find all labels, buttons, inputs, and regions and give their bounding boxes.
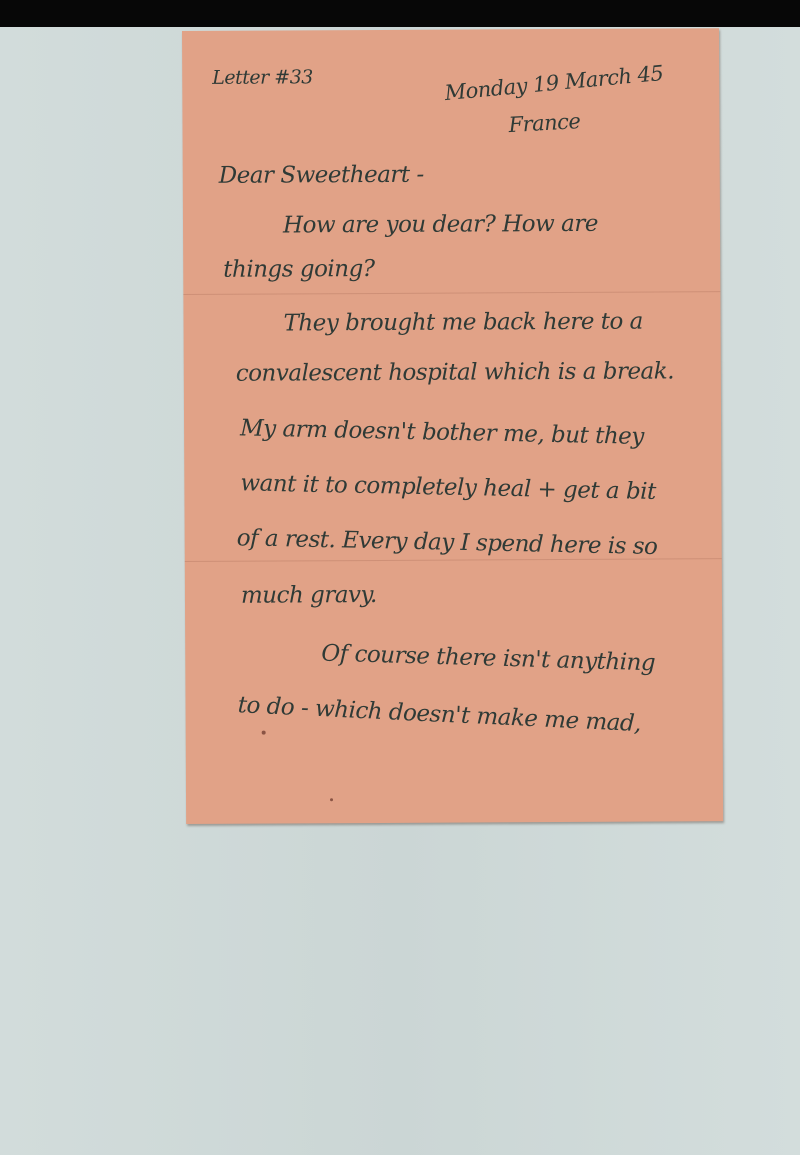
letter-line: things going? <box>223 256 374 283</box>
paper-speck <box>262 731 266 735</box>
paper-speck <box>330 798 333 801</box>
paper-fold-line <box>183 291 720 295</box>
letter-date: Monday 19 March 45 <box>444 61 665 105</box>
letter-line: want it to completely heal + get a bit <box>240 470 656 505</box>
handwritten-letter-page: Letter #33 Monday 19 March 45 France Dea… <box>182 28 723 824</box>
letter-line: convalescent hospital which is a break. <box>236 358 674 386</box>
letter-line: How are you dear? How are <box>283 211 598 239</box>
letter-line: They brought me back here to a <box>283 309 642 337</box>
letter-line: to do - which doesn't make me mad, <box>237 692 641 737</box>
letter-number: Letter #33 <box>212 66 313 89</box>
letter-line: My arm doesn't bother me, but they <box>240 415 644 449</box>
scanner-top-bar <box>0 0 800 27</box>
letter-salutation: Dear Sweetheart - <box>219 162 424 189</box>
letter-line: Of course there isn't anything <box>321 640 655 676</box>
letter-location: France <box>508 109 581 137</box>
letter-line: much gravy. <box>241 582 377 609</box>
letter-line: of a rest. Every day I spend here is so <box>236 525 657 560</box>
